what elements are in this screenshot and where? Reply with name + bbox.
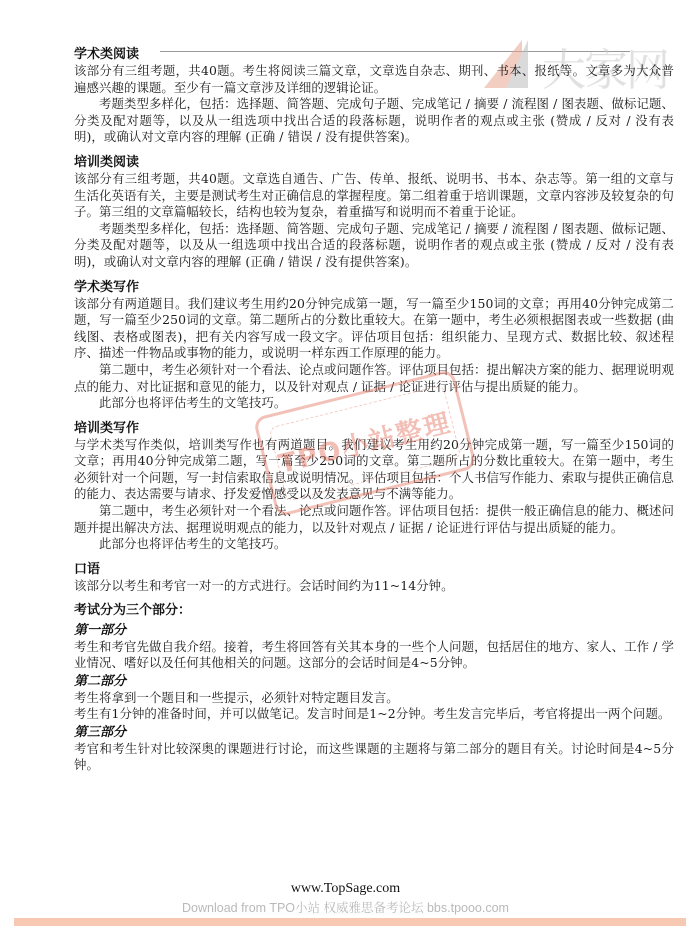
section-heading: 培训类阅读 <box>74 154 674 171</box>
paragraph: 该部分有三组考题，共40题。考生将阅读三篇文章，文章选自杂志、期刊、书本、报纸等… <box>74 63 674 96</box>
paragraph: 该部分有两道题目。我们建议考生用约20分钟完成第一题，写一篇至少150词的文章；… <box>74 296 674 362</box>
part-text: 考生将拿到一个题目和一些提示，必须针对特定题目发言。 <box>74 690 674 706</box>
paragraph: 考题类型多样化，包括：选择题、简答题、完成句子题、完成笔记 / 摘要 / 流程图… <box>74 96 674 146</box>
section-general-reading: 培训类阅读 该部分有三组考题，共40题。文章选自通告、广告、传单、报纸、说明书、… <box>74 154 674 271</box>
footer-site-link[interactable]: www.TopSage.com <box>0 881 691 897</box>
paragraph: 该部分有三组考题，共40题。文章选自通告、广告、传单、报纸、说明书、书本、杂志等… <box>74 171 674 221</box>
paragraph: 与学术类写作类似，培训类写作也有两道题目。我们建议考生用约20分钟完成第一题，写… <box>74 437 674 503</box>
paragraph: 第二题中，考生必须针对一个看法、论点或问题作答。评估项目包括：提出解决方案的能力… <box>74 362 674 395</box>
footer-download-note: Download from TPO小站 权威雅思备考论坛 bbs.tpooo.c… <box>0 898 691 916</box>
part-text: 考生和考官先做自我介绍。接着，考生将回答有关其本身的一些个人问题，包括居住的地方… <box>74 639 674 671</box>
part-title: 第二部分 <box>74 674 674 690</box>
speaking-part-1: 第一部分 考生和考官先做自我介绍。接着，考生将回答有关其本身的一些个人问题，包括… <box>74 623 674 671</box>
part-text: 考官和考生针对比较深奥的课题进行讨论，而这些课题的主题将与第二部分的题目有关。讨… <box>74 741 674 773</box>
document-body: 学术类阅读 该部分有三组考题，共40题。考生将阅读三篇文章，文章选自杂志、期刊、… <box>74 46 674 773</box>
speaking-part-2: 第二部分 考生将拿到一个题目和一些提示，必须针对特定题目发言。 考生有1分钟的准… <box>74 674 674 722</box>
paragraph: 此部分也将评估考生的文笔技巧。 <box>74 536 674 553</box>
paragraph: 该部分以考生和考官一对一的方式进行。会话时间约为11~14分钟。 <box>74 578 674 595</box>
section-academic-reading: 学术类阅读 该部分有三组考题，共40题。考生将阅读三篇文章，文章选自杂志、期刊、… <box>74 46 674 146</box>
speaking-parts: 考试分为三个部分： 第一部分 考生和考官先做自我介绍。接着，考生将回答有关其本身… <box>74 602 674 773</box>
section-heading: 口语 <box>74 561 674 578</box>
paragraph: 此部分也将评估考生的文笔技巧。 <box>74 395 674 412</box>
paragraph: 第二题中，考生必须针对一个看法、论点或问题作答。评估项目包括：提供一般正确信息的… <box>74 503 674 536</box>
part-title: 第三部分 <box>74 725 674 741</box>
paragraph: 考题类型多样化，包括：选择题、简答题、完成句子题、完成笔记 / 摘要 / 流程图… <box>74 221 674 271</box>
section-academic-writing: 学术类写作 该部分有两道题目。我们建议考生用约20分钟完成第一题，写一篇至少15… <box>74 279 674 412</box>
part-title: 第一部分 <box>74 623 674 639</box>
part-text: 考生有1分钟的准备时间，并可以做笔记。发言时间是1~2分钟。考生发言完毕后，考官… <box>74 706 674 722</box>
section-general-writing: 培训类写作 与学术类写作类似，培训类写作也有两道题目。我们建议考生用约20分钟完… <box>74 420 674 553</box>
section-heading: 培训类写作 <box>74 420 674 437</box>
section-heading: 学术类写作 <box>74 279 674 296</box>
footer-color-bar <box>14 918 686 926</box>
speaking-intro-heading: 考试分为三个部分： <box>74 602 674 619</box>
speaking-part-3: 第三部分 考官和考生针对比较深奥的课题进行讨论，而这些课题的主题将与第二部分的题… <box>74 725 674 773</box>
section-speaking: 口语 该部分以考生和考官一对一的方式进行。会话时间约为11~14分钟。 <box>74 561 674 595</box>
section-heading: 学术类阅读 <box>74 46 674 63</box>
